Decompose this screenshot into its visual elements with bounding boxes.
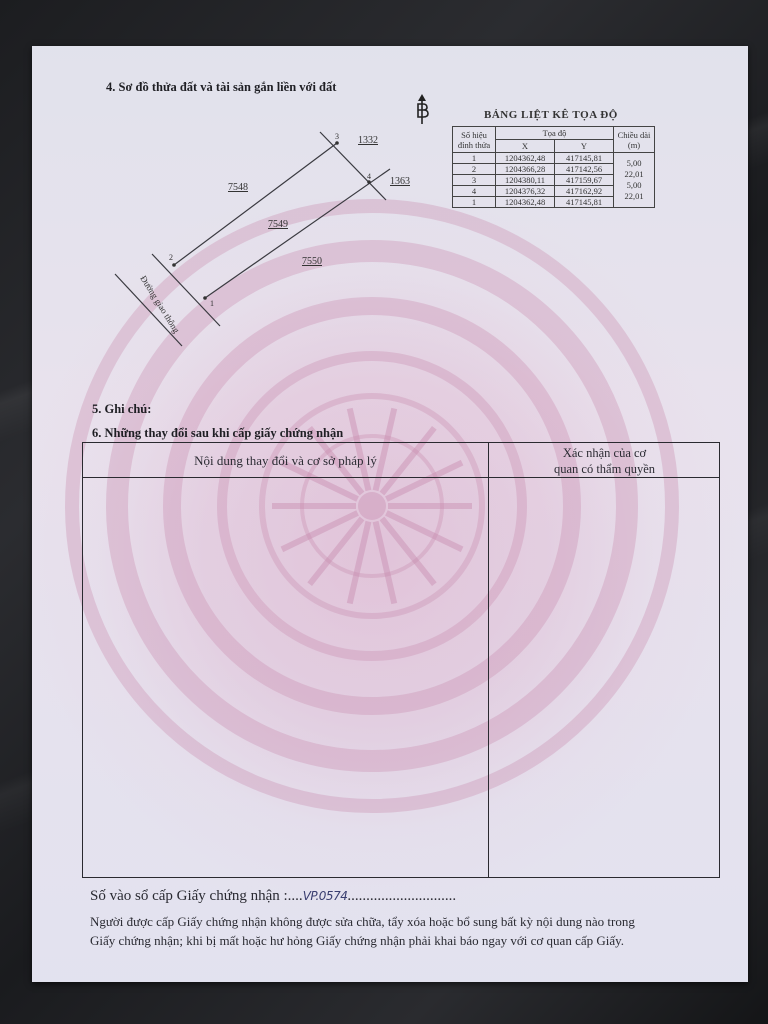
land-certificate-page: 3 4 2 1 1332 1363 7548 7549 7550 Đường g… <box>32 46 748 982</box>
cell-y: 417159,67 <box>555 175 614 186</box>
parcel-7550-label: 7550 <box>302 256 322 267</box>
section-4-title: 4. Sơ đồ thửa đất và tài sản gắn liền vớ… <box>106 80 336 95</box>
header-length: Chiều dài (m) <box>614 127 655 153</box>
cell-point: 1 <box>453 197 496 208</box>
registry-number-value: VP.0574 <box>303 889 348 903</box>
cell-x: 1204376,32 <box>496 186 555 197</box>
length-3-4: 5,00 <box>616 180 652 191</box>
cell-point: 2 <box>453 164 496 175</box>
header-authority-line-1: Xác nhận của cơ <box>490 445 719 461</box>
column-divider <box>488 443 489 877</box>
cell-y: 417145,81 <box>555 197 614 208</box>
cell-y: 417162,92 <box>555 186 614 197</box>
length-4-1: 22,01 <box>616 191 652 202</box>
section-6-title: 6. Những thay đổi sau khi cấp giấy chứng… <box>92 426 343 441</box>
cell-x: 1204362,48 <box>496 153 555 164</box>
registry-number-line: Số vào sổ cấp Giấy chứng nhận :....VP.05… <box>90 888 456 905</box>
north-arrow-icon <box>414 94 430 130</box>
warning-notice: Người được cấp Giấy chứng nhận không đượ… <box>90 912 730 950</box>
parcel-7549-label: 7549 <box>268 219 288 230</box>
parcel-diagram: 3 4 2 1 1332 1363 7548 7549 7550 Đường g… <box>32 46 748 406</box>
notice-line-2: Giấy chứng nhận; khi bị mất hoặc hư hỏng… <box>90 931 730 950</box>
road-label: Đường giao thông <box>138 274 182 335</box>
registry-dots: ............................. <box>347 888 456 904</box>
cell-x: 1204380,11 <box>496 175 555 186</box>
point-3-label: 3 <box>335 132 339 141</box>
notice-line-1: Người được cấp Giấy chứng nhận không đượ… <box>90 912 730 931</box>
parcel-1363-label: 1363 <box>390 176 410 187</box>
parcel-7548-label: 7548 <box>228 182 248 193</box>
parcel-1332-label: 1332 <box>358 135 378 146</box>
cell-y: 417142,56 <box>555 164 614 175</box>
cell-point: 3 <box>453 175 496 186</box>
registry-label: Số vào sổ cấp Giấy chứng nhận :.... <box>90 888 303 904</box>
cell-point: 4 <box>453 186 496 197</box>
cell-point: 1 <box>453 153 496 164</box>
header-y: Y <box>555 140 614 153</box>
cell-lengths: 5,00 22,01 5,00 22,01 <box>614 153 655 208</box>
header-change-content: Nội dung thay đổi và cơ sở pháp lý <box>83 453 488 469</box>
cell-x: 1204366,28 <box>496 164 555 175</box>
table-row: 1 1204362,48 417145,81 5,00 22,01 5,00 2… <box>453 153 655 164</box>
point-1-label: 1 <box>210 299 214 308</box>
length-1-2: 5,00 <box>616 158 652 169</box>
header-x: X <box>496 140 555 153</box>
header-point-no: Số hiệu đỉnh thửa <box>453 127 496 153</box>
header-authority-confirmation: Xác nhận của cơ quan có thẩm quyền <box>490 445 719 477</box>
cell-x: 1204362,48 <box>496 197 555 208</box>
section-5-title: 5. Ghi chú: <box>92 402 151 417</box>
point-2-label: 2 <box>169 253 173 262</box>
header-authority-line-2: quan có thẩm quyền <box>490 461 719 477</box>
point-4-label: 4 <box>367 172 371 181</box>
length-2-3: 22,01 <box>616 169 652 180</box>
coordinate-table: Số hiệu đỉnh thửa Tọa độ Chiều dài (m) X… <box>452 126 655 208</box>
cell-y: 417145,81 <box>555 153 614 164</box>
coordinate-table-title: BẢNG LIỆT KÊ TỌA ĐỘ <box>484 109 618 121</box>
header-coords: Tọa độ <box>496 127 614 140</box>
changes-table: Nội dung thay đổi và cơ sở pháp lý Xác n… <box>82 442 720 878</box>
